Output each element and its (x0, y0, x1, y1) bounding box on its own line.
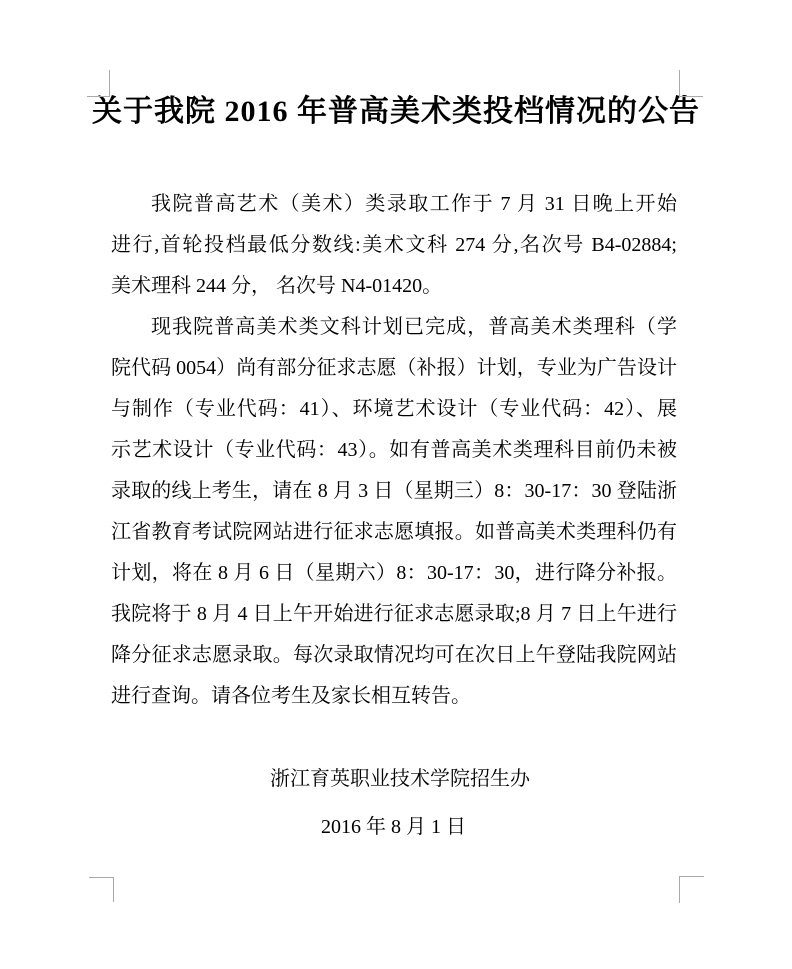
crop-mark-bottom-left (89, 877, 114, 902)
text-line: 江省教育考试院网站进行征求志愿填报。如普高美术类理科仍有 (111, 512, 677, 553)
text-line: 我院将于 8 月 4 日上午开始进行征求志愿录取;8 月 7 日上午进行 (111, 594, 677, 635)
text-line: 计划，将在 8 月 6 日（星期六）8：30-17：30，进行降分补报。 (111, 553, 677, 594)
date-line: 2016 年 8 月 1 日 (0, 805, 566, 849)
text-line: 与制作（专业代码：41）、环境艺术设计（专业代码：42）、展 (111, 389, 677, 430)
page-title: 关于我院 2016 年普高美术类投档情况的公告 (0, 0, 792, 134)
text-line: 示艺术设计（专业代码：43）。如有普高美术类理科目前仍未被 (111, 430, 677, 471)
signature-line: 浙江育英职业技术学院招生办 (0, 757, 566, 801)
text-line: 美术理科 244 分， 名次号 N4-01420。 (111, 266, 677, 307)
text-line: 录取的线上考生，请在 8 月 3 日（星期三）8：30-17：30 登陆浙 (111, 471, 677, 512)
document-page: { "colors": { "background": "#ffffff", "… (0, 0, 792, 969)
text-line: 进行,首轮投档最低分数线:美术文科 274 分,名次号 B4-02884; (111, 225, 677, 266)
text-line: 我院普高艺术（美术）类录取工作于 7 月 31 日晚上开始 (111, 184, 677, 225)
text-line: 降分征求志愿录取。每次录取情况均可在次日上午登陆我院网站 (111, 635, 677, 676)
document-body: 我院普高艺术（美术）类录取工作于 7 月 31 日晚上开始 进行,首轮投档最低分… (111, 184, 677, 717)
crop-mark-bottom-right (679, 876, 704, 903)
crop-mark-top-left (87, 70, 110, 97)
paragraph: 我院普高艺术（美术）类录取工作于 7 月 31 日晚上开始 进行,首轮投档最低分… (111, 184, 677, 307)
closing-block: 浙江育英职业技术学院招生办 2016 年 8 月 1 日 (0, 757, 566, 849)
crop-mark-top-right (679, 70, 703, 97)
paragraph: 现我院普高美术类文科计划已完成，普高美术类理科（学 院代码 0054）尚有部分征… (111, 307, 677, 717)
text-line: 院代码 0054）尚有部分征求志愿（补报）计划，专业为广告设计 (111, 348, 677, 389)
text-line: 现我院普高美术类文科计划已完成，普高美术类理科（学 (111, 307, 677, 348)
text-line: 进行查询。请各位考生及家长相互转告。 (111, 676, 677, 717)
